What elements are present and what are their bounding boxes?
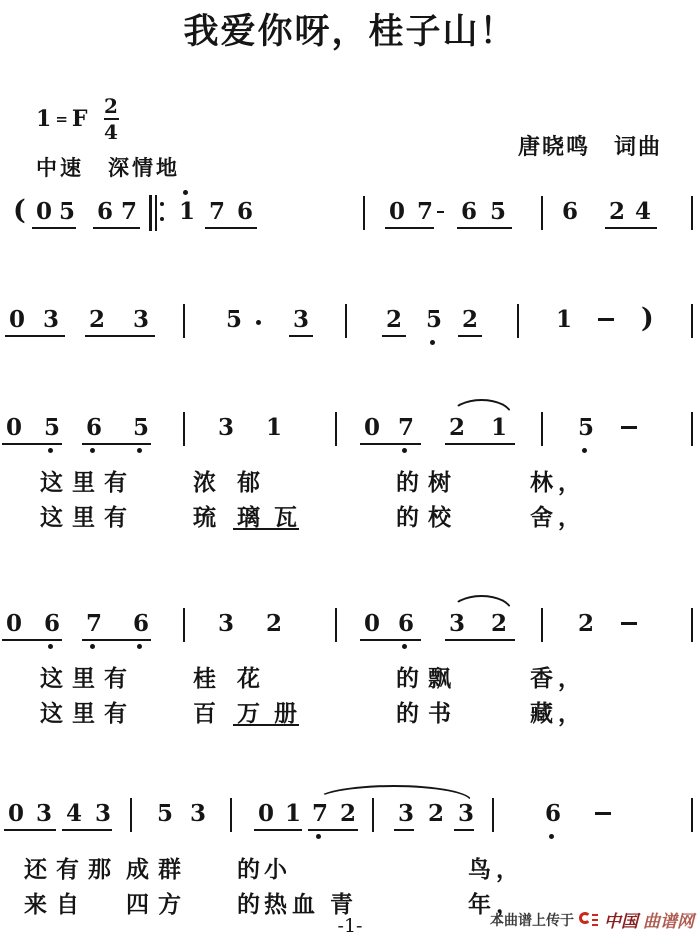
beam-underline xyxy=(2,639,62,641)
beam-underline xyxy=(82,443,151,445)
lyric-line-2: 这里有琉璃瓦的校舍， xyxy=(0,499,700,533)
octave-dot-below xyxy=(430,340,435,345)
barline xyxy=(183,608,185,642)
note: 0 xyxy=(9,306,25,334)
note: 1 xyxy=(266,414,282,442)
lyric-char: 这 xyxy=(40,464,63,497)
beam-underline xyxy=(360,443,421,445)
note: 6 xyxy=(461,198,477,226)
barline xyxy=(183,412,185,446)
octave-dot-below xyxy=(48,448,53,453)
note: 7 xyxy=(209,198,225,226)
note: 7 xyxy=(86,610,102,638)
note: 0 xyxy=(258,800,274,828)
lyric-char: 有 xyxy=(104,464,127,497)
meter-numerator: 2 xyxy=(104,96,118,116)
note: 5 xyxy=(44,414,60,442)
note: 6 xyxy=(86,414,102,442)
beam-underline xyxy=(289,335,313,337)
note: 5 xyxy=(490,198,506,226)
slur-arc xyxy=(315,785,472,801)
barline xyxy=(230,798,232,832)
lyric-char: 里 xyxy=(72,464,95,497)
beam-underline xyxy=(4,829,56,831)
barline xyxy=(492,798,494,832)
lyric-char: 的 xyxy=(396,695,419,728)
octave-dot-below xyxy=(48,644,53,649)
lyric-char: 琉 xyxy=(193,499,216,532)
beam-underline xyxy=(382,335,406,337)
lyric-line-3: 这里有桂花的飘香， xyxy=(0,660,700,694)
note: 5 xyxy=(133,414,149,442)
lyric-char: 浓 xyxy=(193,464,216,497)
watermark: 本曲谱上传于 中国 曲谱网 xyxy=(490,907,694,932)
lyric-char: 桂 xyxy=(193,660,216,693)
note: 6 xyxy=(97,198,113,226)
duration-dash xyxy=(621,426,637,429)
lyric-underline xyxy=(233,528,299,530)
note: 6 xyxy=(44,610,60,638)
lyric-char: 林 xyxy=(530,464,553,497)
octave-dot-below xyxy=(402,448,407,453)
note: 0 xyxy=(8,800,24,828)
lyric-char: 有 xyxy=(104,695,127,728)
note: 0 xyxy=(6,414,22,442)
barline xyxy=(691,798,693,832)
beam-underline xyxy=(254,829,302,831)
octave-dot-below xyxy=(402,644,407,649)
note: 3 xyxy=(43,306,59,334)
lyric-char: 的 xyxy=(237,851,260,884)
duration-dash xyxy=(595,812,611,815)
lyric-char: 树 xyxy=(428,464,451,497)
beam-underline xyxy=(308,829,358,831)
lyric-char: 鸟 xyxy=(468,851,491,884)
beam-underline xyxy=(457,227,512,229)
note: 5 xyxy=(226,306,242,334)
lyric-char: 这 xyxy=(40,695,63,728)
lyric-char: 香 xyxy=(530,660,553,693)
note: 3 xyxy=(190,800,206,828)
barline xyxy=(363,196,365,230)
sheet-music-page: 我爱你呀，桂子山！ 1 = F 2 4 中速 深情地 唐晓鸣 词曲 (05671… xyxy=(0,0,700,943)
note: 0 xyxy=(364,414,380,442)
note: 2 xyxy=(428,800,444,828)
lyric-char: 舍 xyxy=(530,499,553,532)
barline xyxy=(691,304,693,338)
watermark-upload-text: 本曲谱上传于 xyxy=(490,910,574,930)
barline xyxy=(372,798,374,832)
note: 5 xyxy=(426,306,442,334)
octave-dot-above xyxy=(183,190,188,195)
note: 7 xyxy=(312,800,328,828)
barline xyxy=(130,798,132,832)
lyric-char: 花 xyxy=(237,660,260,693)
lyric-char: 这 xyxy=(40,499,63,532)
octave-dot-below xyxy=(90,448,95,453)
note: 3 xyxy=(449,610,465,638)
octave-dot-below xyxy=(90,644,95,649)
octave-dot-below xyxy=(137,448,142,453)
note: 2 xyxy=(449,414,465,442)
lyric-char: 群 xyxy=(158,851,181,884)
lyric-char: ， xyxy=(558,464,581,497)
composer-credit: 唐晓鸣 词曲 xyxy=(518,130,662,161)
note: 5 xyxy=(157,800,173,828)
note: 5 xyxy=(578,414,594,442)
barline xyxy=(691,196,693,230)
lyric-char: 有 xyxy=(104,660,127,693)
lyric-char: 还 xyxy=(24,851,47,884)
beam-underline xyxy=(394,829,414,831)
duration-dash xyxy=(598,318,614,321)
key-equals: = xyxy=(55,110,68,128)
tempo-marking: 中速 深情地 xyxy=(36,152,180,182)
note: 2 xyxy=(491,610,507,638)
barline xyxy=(345,304,347,338)
note: 2 xyxy=(578,610,594,638)
note: 4 xyxy=(66,800,82,828)
score-line-5: 03435301723236 xyxy=(0,800,700,846)
barline xyxy=(541,412,543,446)
note: 3 xyxy=(398,800,414,828)
lyric-char: 藏 xyxy=(530,695,553,728)
repeat-sign-part xyxy=(155,195,157,231)
barline xyxy=(183,304,185,338)
note: 0 xyxy=(6,610,22,638)
note: 3 xyxy=(133,306,149,334)
note: 6 xyxy=(133,610,149,638)
lyric-char: 飘 xyxy=(428,660,451,693)
note: 5 xyxy=(59,198,75,226)
lyric-char: 成 xyxy=(126,851,149,884)
lyric-char: ， xyxy=(558,695,581,728)
repeat-sign xyxy=(149,195,165,231)
beam-underline xyxy=(32,227,76,229)
tick-mark xyxy=(437,211,444,213)
beam-underline xyxy=(385,227,434,229)
octave-dot-below xyxy=(137,644,142,649)
beam-underline xyxy=(85,335,155,337)
note: 1 xyxy=(285,800,301,828)
lyric-char: ， xyxy=(558,660,581,693)
note: 2 xyxy=(266,610,282,638)
repeat-sign-part xyxy=(160,217,164,221)
lyric-char: 有 xyxy=(56,851,79,884)
key-signature: 1 = F 2 4 xyxy=(36,96,119,142)
note: 2 xyxy=(462,306,478,334)
beam-underline xyxy=(445,443,515,445)
watermark-site-name-primary: 中国 xyxy=(604,907,638,932)
beam-underline xyxy=(2,443,62,445)
score-line-3: 05653107215 xyxy=(0,414,700,460)
note: 0 xyxy=(36,198,52,226)
barline xyxy=(335,412,337,446)
repeat-sign-part xyxy=(160,202,164,206)
octave-dot-below xyxy=(582,448,587,453)
lyric-char: 里 xyxy=(72,695,95,728)
time-signature: 2 4 xyxy=(104,96,119,142)
site-logo-icon xyxy=(579,911,599,928)
note: 3 xyxy=(36,800,52,828)
barline xyxy=(335,608,337,642)
note: 7 xyxy=(398,414,414,442)
note: 2 xyxy=(89,306,105,334)
lyric-char: 的 xyxy=(396,499,419,532)
note: 4 xyxy=(635,198,651,226)
barline xyxy=(517,304,519,338)
slur-arc xyxy=(451,399,512,415)
barline xyxy=(691,412,693,446)
note: 6 xyxy=(562,198,578,226)
note: 1 xyxy=(491,414,507,442)
note: 3 xyxy=(95,800,111,828)
note: 7 xyxy=(121,198,137,226)
watermark-site-name-secondary: 曲谱网 xyxy=(643,907,694,932)
beam-underline xyxy=(62,829,112,831)
score-line-1: (05671760765624 xyxy=(0,198,700,244)
octave-dot-below xyxy=(549,834,554,839)
beam-underline xyxy=(605,227,657,229)
repeat-sign-part xyxy=(149,195,152,231)
beam-underline xyxy=(445,639,515,641)
score-line-4: 06763206322 xyxy=(0,610,700,656)
lyric-line-5: 还有那成群的小鸟， xyxy=(0,851,700,885)
lyric-char: ， xyxy=(496,851,519,884)
note: 2 xyxy=(340,800,356,828)
note: 3 xyxy=(218,610,234,638)
lyric-char: 有 xyxy=(104,499,127,532)
lyric-char: ， xyxy=(558,499,581,532)
barline xyxy=(541,608,543,642)
barline xyxy=(541,196,543,230)
note: 3 xyxy=(218,414,234,442)
note: 6 xyxy=(398,610,414,638)
lyric-line-1: 这里有浓郁的树林， xyxy=(0,464,700,498)
beam-underline xyxy=(360,639,421,641)
parenthesis: ( xyxy=(13,195,26,226)
lyric-char: 的 xyxy=(396,464,419,497)
note: 3 xyxy=(293,306,309,334)
lyric-char: 百 xyxy=(193,695,216,728)
lyric-char: 小 xyxy=(264,851,287,884)
lyric-char: 里 xyxy=(72,499,95,532)
note: 3 xyxy=(458,800,474,828)
key-tonic: 1 xyxy=(36,106,51,132)
note: 0 xyxy=(389,198,405,226)
octave-dot-below xyxy=(316,834,321,839)
lyric-char: 郁 xyxy=(237,464,260,497)
lyric-underline xyxy=(233,724,299,726)
note: 2 xyxy=(386,306,402,334)
lyric-char: 书 xyxy=(428,695,451,728)
note: 2 xyxy=(609,198,625,226)
lyric-char: 的 xyxy=(396,660,419,693)
beam-underline xyxy=(205,227,257,229)
beam-underline xyxy=(458,335,482,337)
beam-underline xyxy=(454,829,474,831)
lyric-char: 里 xyxy=(72,660,95,693)
note: 0 xyxy=(364,610,380,638)
note: 1 xyxy=(179,198,195,226)
parenthesis: ) xyxy=(641,303,654,334)
note: 6 xyxy=(545,800,561,828)
beam-underline xyxy=(5,335,65,337)
note: 6 xyxy=(237,198,253,226)
beam-underline xyxy=(82,639,151,641)
duration-dash xyxy=(621,622,637,625)
lyric-char: 那 xyxy=(88,851,111,884)
song-title: 我爱你呀，桂子山！ xyxy=(0,4,700,54)
score-line-2: 0323532521) xyxy=(0,306,700,352)
key-note: F xyxy=(72,106,88,132)
beam-underline xyxy=(93,227,140,229)
lyric-char: 校 xyxy=(428,499,451,532)
note: 7 xyxy=(417,198,433,226)
augmentation-dot xyxy=(256,320,261,325)
meter-denominator: 4 xyxy=(104,122,118,142)
lyric-char: 这 xyxy=(40,660,63,693)
note: 1 xyxy=(556,306,572,334)
slur-arc xyxy=(451,595,512,611)
lyric-line-4: 这里有百万册的书藏， xyxy=(0,695,700,729)
barline xyxy=(691,608,693,642)
